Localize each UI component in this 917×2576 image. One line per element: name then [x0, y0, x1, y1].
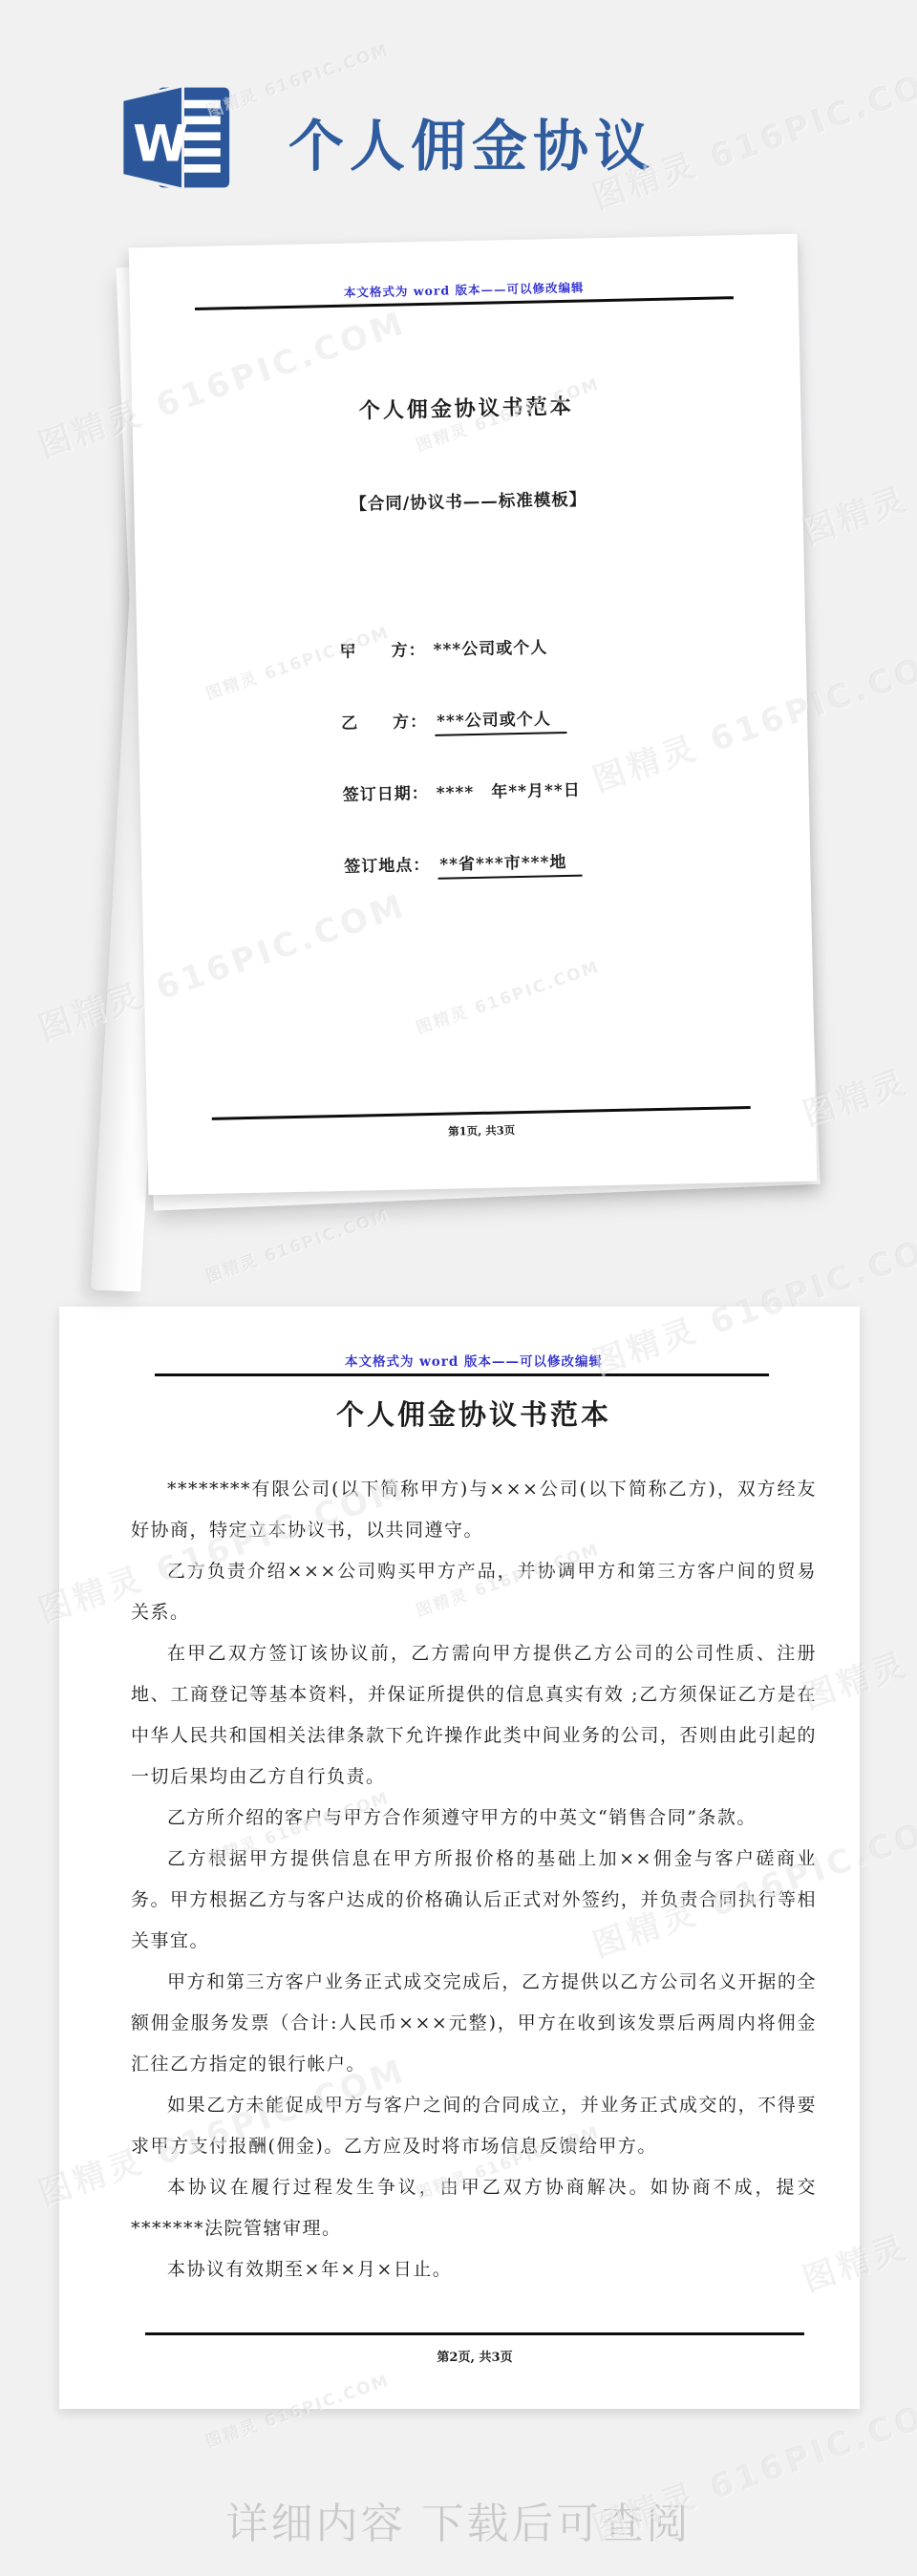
paragraph: 甲方和第三方客户业务正式成交完成后，乙方提供以乙方公司名义开据的全额佣金服务发票… [131, 1962, 817, 2085]
field-label: 签订日期： [343, 784, 429, 805]
word-icon: W [118, 82, 233, 193]
field-label: 甲 方： [339, 641, 425, 662]
field-row: 乙 方：***公司或个人 [341, 700, 808, 781]
field-value: ***公司或个人 [435, 710, 566, 736]
bottom-caption: 详细内容 下载后可查阅 [0, 2489, 917, 2550]
document-preview-2: 本文格式为 word 版本——可以修改编辑 个人佣金协议书范本 ********… [59, 1307, 860, 2409]
doc-footer-rule [145, 2332, 804, 2335]
doc-footer: 第1页, 共3页 [212, 1106, 751, 1144]
document-preview-1: 本文格式为 word 版本——可以修改编辑 个人佣金协议书范本 【合同/协议书—… [139, 241, 807, 1188]
doc-page-1: 本文格式为 word 版本——可以修改编辑 个人佣金协议书范本 【合同/协议书—… [129, 234, 818, 1195]
paragraph: 乙方所介绍的客户与甲方合作须遵守甲方的中英文“销售合同”条款。 [131, 1798, 817, 1839]
page-number: 第1页, 共3页 [212, 1118, 751, 1144]
field-value: **省***市***地 [437, 853, 583, 880]
field-value: ***公司或个人 [433, 638, 547, 660]
field-row: 签订地点：**省***市***地 [344, 843, 811, 925]
svg-text:W: W [133, 115, 188, 173]
doc-header-note: 本文格式为 word 版本——可以修改编辑 [131, 1351, 817, 1370]
doc-header-rule [155, 1373, 769, 1376]
paragraph: 乙方根据甲方提供信息在甲方所报价格的基础上加××佣金与客户磋商业务。甲方根据乙方… [131, 1839, 817, 1962]
doc-footer: 第2页, 共3页 [145, 2332, 804, 2365]
doc-header-note: 本文格式为 word 版本——可以修改编辑 [130, 274, 799, 306]
paragraph: 本协议有效期至×年×月×日止。 [131, 2249, 817, 2290]
page-background: 图精灵 616PIC.COM图精灵 616PIC.COM图精灵 616PIC.C… [0, 0, 917, 2576]
doc-title: 个人佣金协议书范本 [132, 386, 800, 430]
field-label: 签订地点： [344, 856, 430, 877]
paragraph: 如果乙方未能促成甲方与客户之间的合同成立，并业务正式成交的，不得要求甲方支付报酬… [131, 2085, 817, 2167]
doc-title: 个人佣金协议书范本 [131, 1394, 817, 1433]
doc-footer-rule [212, 1106, 751, 1120]
field-label: 乙 方： [341, 713, 427, 734]
paragraph: 乙方负责介绍×××公司购买甲方产品，并协调甲方和第三方客户间的贸易关系。 [131, 1551, 817, 1633]
paragraph: 在甲乙双方签订该协议前，乙方需向甲方提供乙方公司的公司性质、注册地、工商登记等基… [131, 1633, 817, 1798]
doc-page-2: 本文格式为 word 版本——可以修改编辑 个人佣金协议书范本 ********… [59, 1307, 860, 2409]
field-value: **** 年**月**日 [437, 781, 582, 803]
page-number: 第2页, 共3页 [145, 2347, 804, 2365]
paragraph: ********有限公司(以下简称甲方)与×××公司(以下简称乙方)，双方经友好… [131, 1469, 817, 1551]
doc-subtitle: 【合同/协议书——标准模板】 [134, 482, 802, 521]
paragraph: 本协议在履行过程发生争议，由甲乙双方协商解决。如协商不成，提交*******法院… [131, 2167, 817, 2249]
watermark-text: 图精灵 616PIC.COM [796, 383, 917, 553]
watermark-text: 图精灵 616PIC.COM [202, 1202, 392, 1287]
field-row: 签订日期：**** 年**月**日 [342, 772, 809, 853]
page-title: 个人佣金协议 [288, 101, 655, 181]
page2-body: ********有限公司(以下简称甲方)与×××公司(以下简称乙方)，双方经友好… [131, 1469, 817, 2290]
field-row: 甲 方：***公司或个人 [339, 628, 806, 710]
site-header: W 个人佣金协议 [0, 0, 917, 220]
page1-fields: 甲 方：***公司或个人乙 方：***公司或个人签订日期：**** 年**月**… [339, 628, 811, 925]
